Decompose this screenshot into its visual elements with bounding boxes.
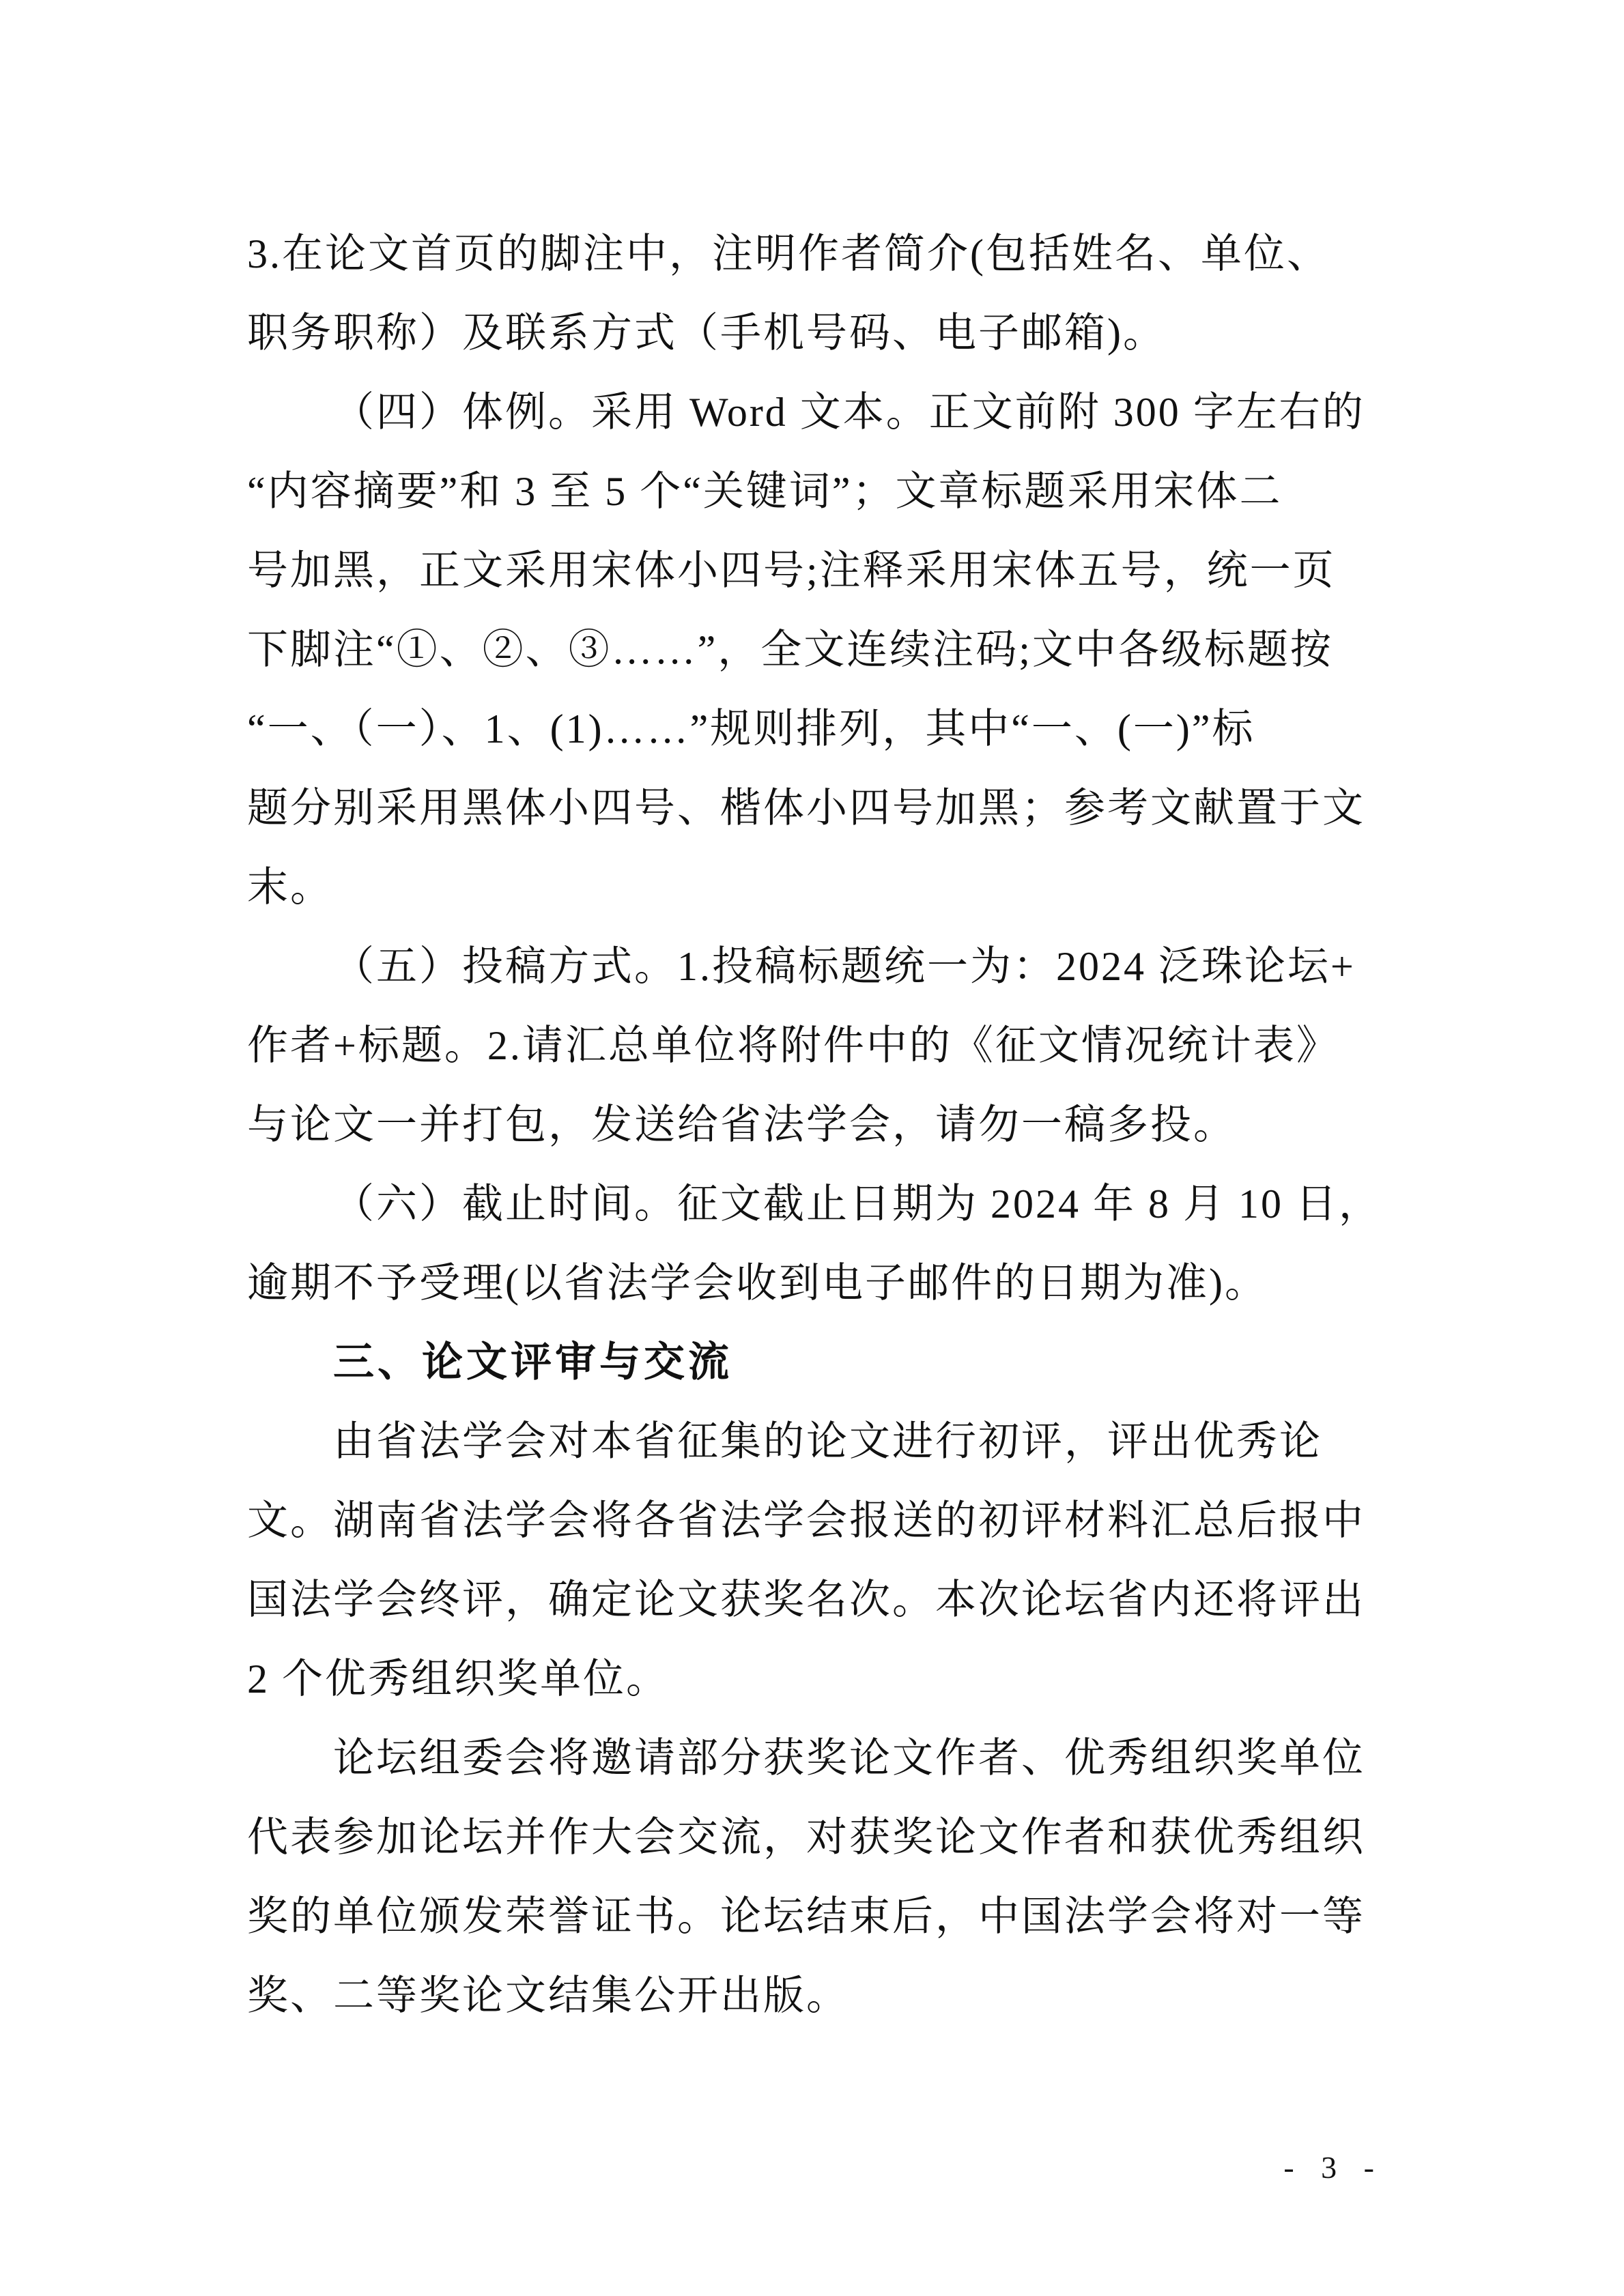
document-page: 3.在论文首页的脚注中，注明作者简介(包括姓名、单位、职务职称）及联系方式（手机… [0, 0, 1624, 2296]
page-number: - 3 - [1283, 2149, 1384, 2185]
text-line: （五）投稿方式。1.投稿标题统一为：2024 泛珠论坛+ [247, 927, 1428, 1006]
text-line: 国法学会终评，确定论文获奖名次。本次论坛省内还将评出 [247, 1560, 1428, 1639]
text-line: 题分别采用黑体小四号、楷体小四号加黑；参考文献置于文 [247, 769, 1428, 848]
text-line: 2 个优秀组织奖单位。 [247, 1639, 1428, 1719]
text-line: “内容摘要”和 3 至 5 个“关键词”；文章标题采用宋体二 [247, 452, 1428, 531]
text-line: 论坛组委会将邀请部分获奖论文作者、优秀组织奖单位 [247, 1719, 1428, 1798]
text-line: 职务职称）及联系方式（手机号码、电子邮箱)。 [247, 293, 1428, 373]
text-line: “一、（一）、1、(1)……”规则排列，其中“一、(一)”标 [247, 689, 1428, 769]
section-heading: 三、论文评审与交流 [247, 1323, 1428, 1402]
document-body: 3.在论文首页的脚注中，注明作者简介(包括姓名、单位、职务职称）及联系方式（手机… [247, 214, 1428, 2035]
text-line: 代表参加论坛并作大会交流，对获奖论文作者和获优秀组织 [247, 1798, 1428, 1877]
text-line: （六）截止时间。征文截止日期为 2024 年 8 月 10 日， [247, 1164, 1428, 1244]
text-line: 下脚注“①、②、③……”，全文连续注码;文中各级标题按 [247, 610, 1428, 689]
text-line: 与论文一并打包，发送给省法学会，请勿一稿多投。 [247, 1085, 1428, 1164]
text-line: 奖、二等奖论文结集公开出版。 [247, 1956, 1428, 2035]
text-line: 3.在论文首页的脚注中，注明作者简介(包括姓名、单位、 [247, 214, 1428, 293]
text-line: 作者+标题。2.请汇总单位将附件中的《征文情况统计表》 [247, 1006, 1428, 1085]
text-line: 由省法学会对本省征集的论文进行初评，评出优秀论 [247, 1402, 1428, 1481]
text-line: 末。 [247, 848, 1428, 927]
text-line: 号加黑，正文采用宋体小四号;注释采用宋体五号，统一页 [247, 531, 1428, 610]
text-line: （四）体例。采用 Word 文本。正文前附 300 字左右的 [247, 373, 1428, 452]
text-line: 文。湖南省法学会将各省法学会报送的初评材料汇总后报中 [247, 1481, 1428, 1560]
text-line: 奖的单位颁发荣誉证书。论坛结束后，中国法学会将对一等 [247, 1877, 1428, 1956]
text-line: 逾期不予受理(以省法学会收到电子邮件的日期为准)。 [247, 1244, 1428, 1323]
